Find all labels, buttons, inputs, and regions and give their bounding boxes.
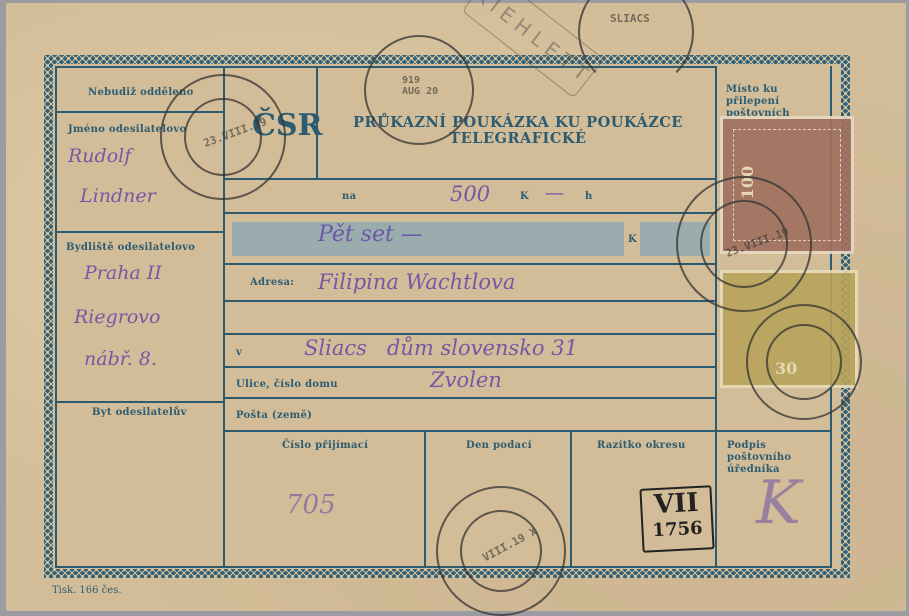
divider (715, 430, 830, 432)
receipt-number-value: 705 (286, 490, 336, 520)
divider (55, 231, 225, 233)
stamp-place-label: Místo ku přilepení poštovních (726, 84, 826, 120)
amount-words: Pět set — (318, 222, 423, 247)
divider (223, 333, 717, 335)
sender-name-line-2: Lindner (80, 185, 156, 207)
divider (570, 430, 572, 568)
postmark-praha-12: 23.VIII.19 (676, 176, 812, 312)
postmark-zvolen: 919 AUG 20 (364, 35, 474, 145)
h-label: h (585, 191, 593, 202)
k-value: — (545, 182, 564, 204)
amount-value: 500 (450, 182, 490, 206)
divider (223, 300, 717, 302)
street-label: Ulice, číslo domu (236, 379, 338, 390)
divider (55, 401, 225, 403)
v-label: v (236, 347, 242, 358)
address-label: Adresa: (250, 277, 294, 288)
amount-words-band (232, 222, 624, 256)
sender-residence-line-1: Praha II (84, 262, 162, 284)
k-label: K (520, 191, 529, 202)
sender-apartment-label: Byt odesilatelův (92, 407, 187, 418)
sender-name-line-1: Rudolf (68, 145, 131, 167)
town-value: Sliacs dům slovensko 31 (304, 336, 578, 360)
divider (223, 430, 717, 432)
postmark-praha-12: 23.VIII.19 (160, 74, 286, 200)
district-stamp: VII 1756 (639, 485, 714, 553)
divider (223, 263, 717, 265)
sender-residence-label: Bydliště odesilatelovo (66, 242, 195, 253)
divider (715, 566, 832, 568)
official-signature: K (756, 468, 801, 538)
divider (223, 212, 717, 214)
receipt-number-label: Číslo přijímací (282, 440, 368, 451)
divider (424, 430, 426, 568)
na-label: na (342, 191, 356, 202)
post-office-label: Pošta (země) (236, 410, 312, 421)
print-mark: Tisk. 166 čes. (52, 585, 122, 596)
postmark-city: SLIACS (610, 12, 650, 25)
submission-date-label: Den podací (466, 440, 532, 451)
divider (223, 397, 717, 399)
postmark-date: 919 AUG 20 (402, 75, 442, 97)
words-k-label: K (628, 234, 637, 245)
address-value: Filipina Wachtlova (318, 270, 515, 294)
sender-residence-line-2: Riegrovo (74, 306, 160, 328)
postmark-praha-27: VIII.19 X (436, 486, 566, 616)
district-stamp-line-1: VII (641, 487, 710, 521)
street-value: Zvolen (430, 368, 502, 392)
district-stamp-line-2: 1756 (643, 517, 712, 543)
divider (223, 178, 717, 180)
title-line-2: TELEGRAFICKÉ (318, 131, 718, 147)
district-stamp-label: Razítko okresu (597, 440, 686, 451)
postmark-praha-12 (746, 304, 862, 420)
sender-residence-line-3: nábř. 8. (84, 348, 157, 370)
